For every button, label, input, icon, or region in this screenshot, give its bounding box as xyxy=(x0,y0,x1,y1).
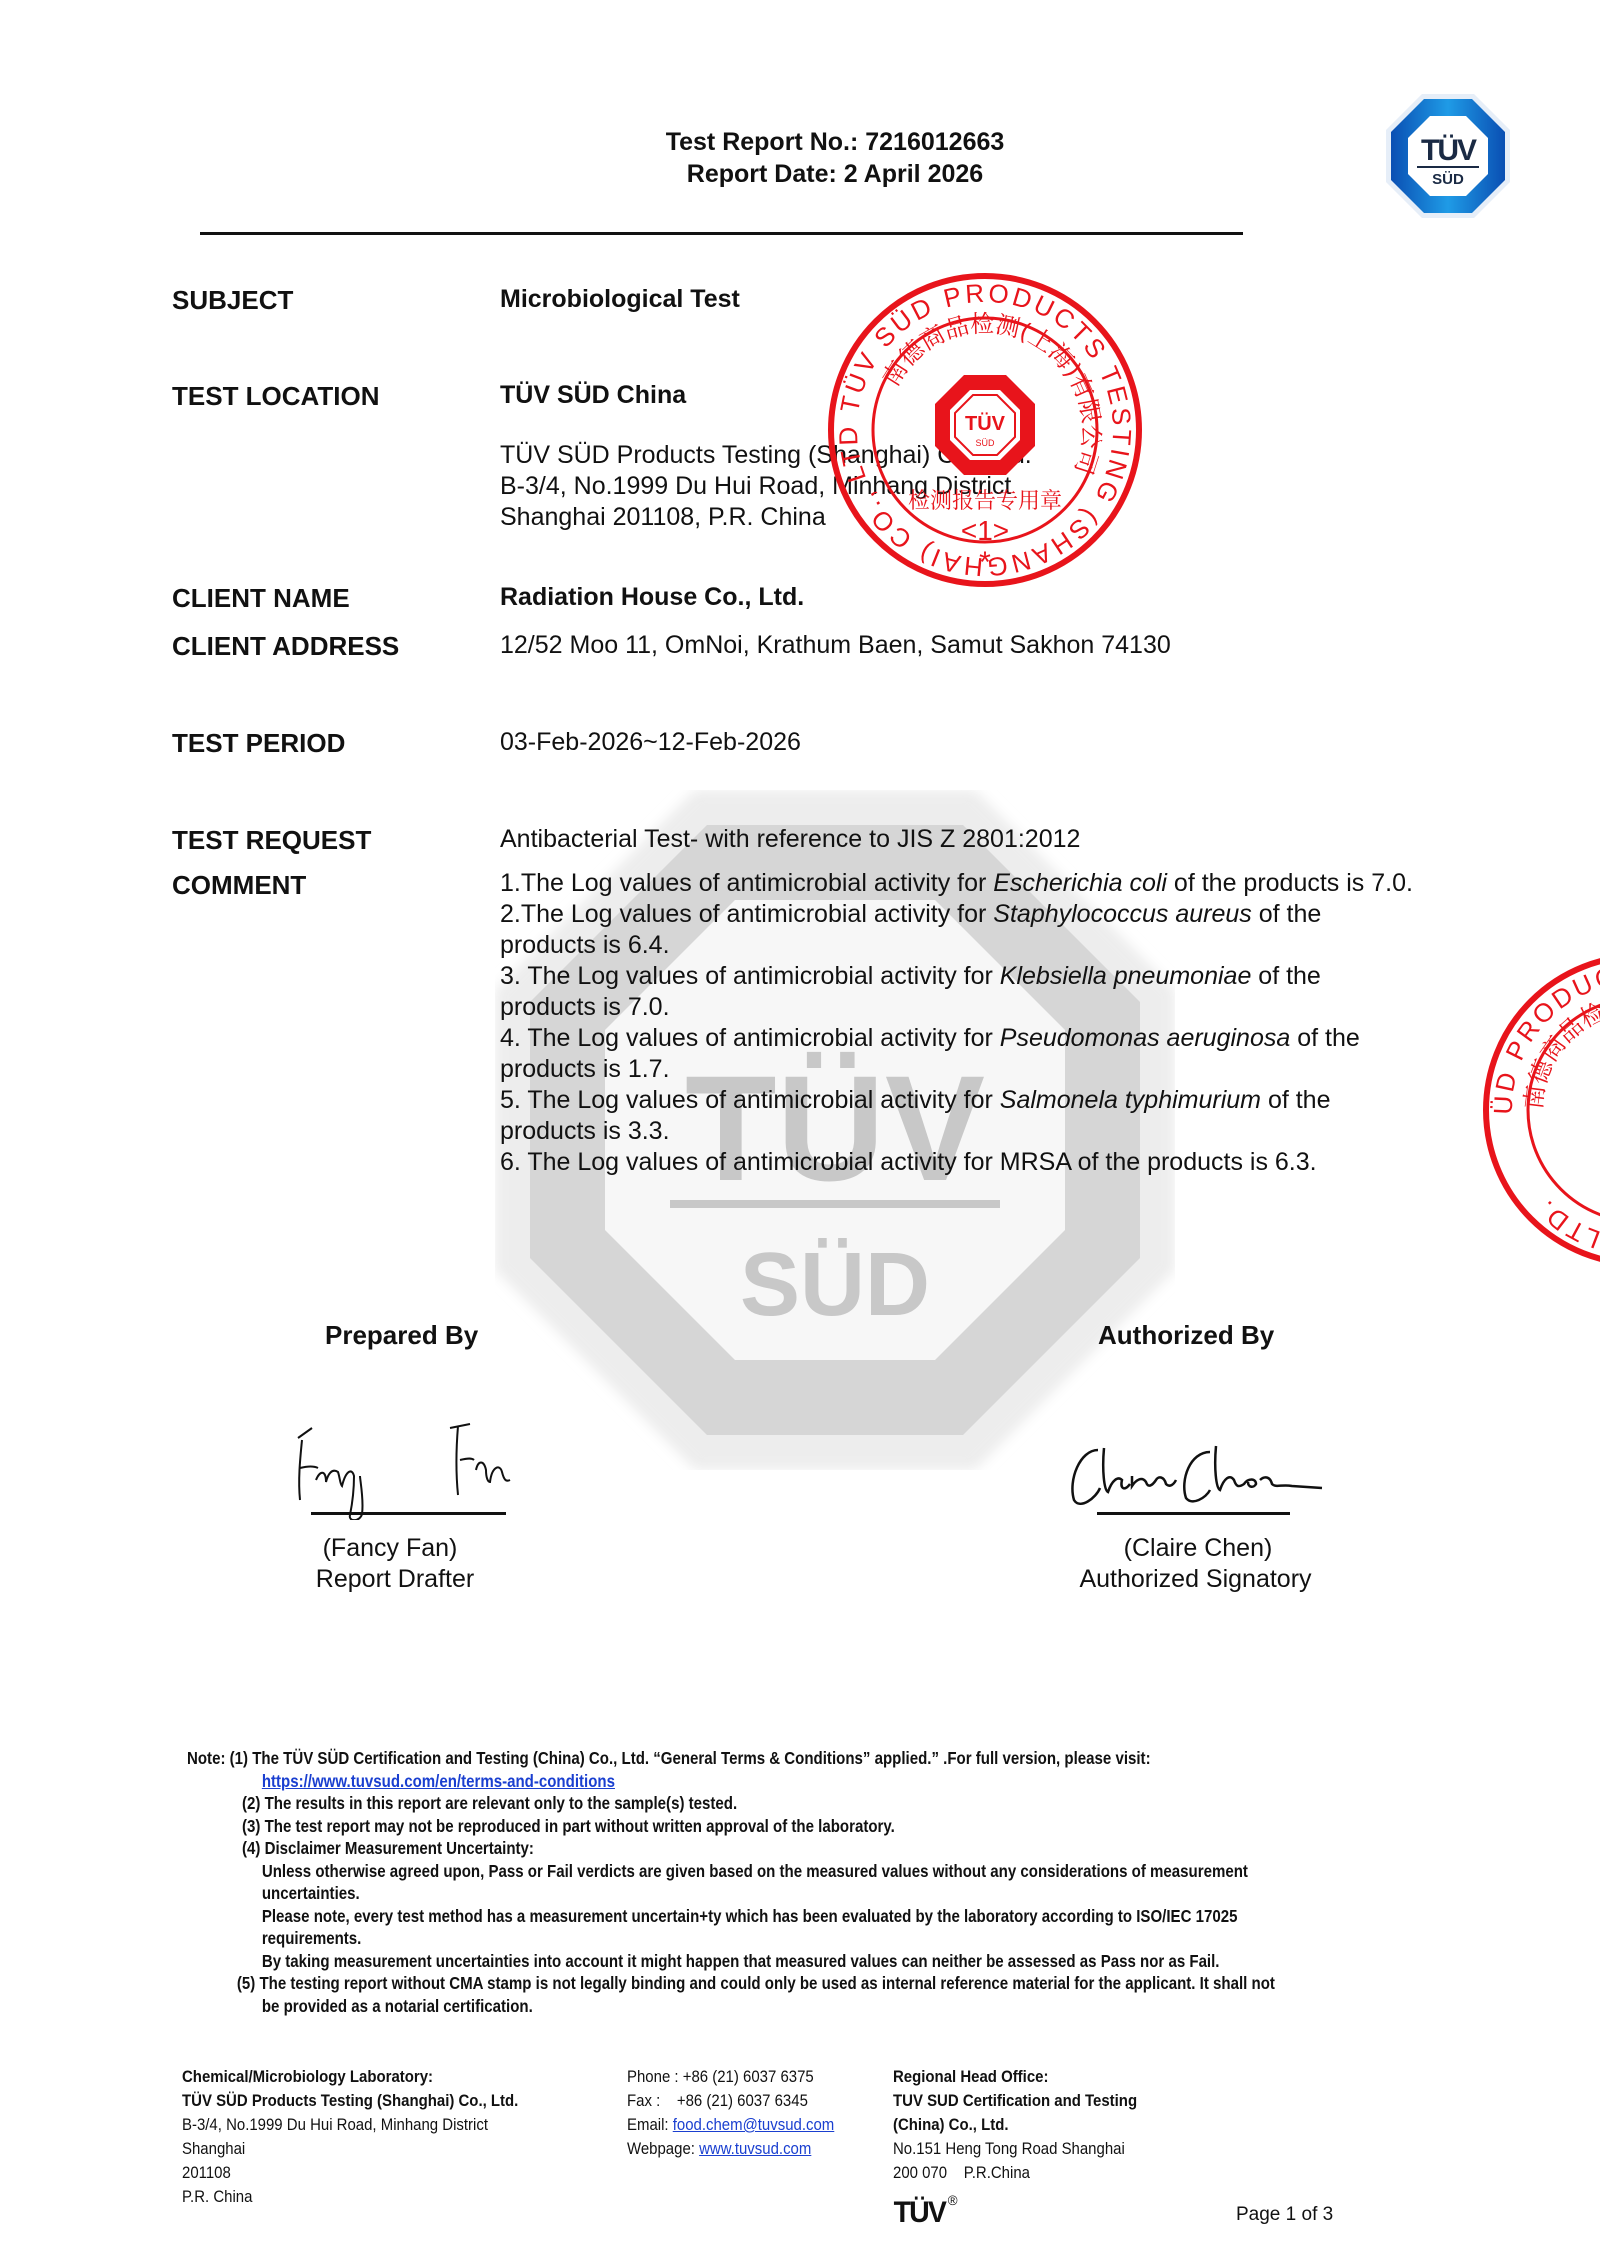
comment-line: products is 1.7. xyxy=(500,1054,1413,1085)
comment-label: COMMENT xyxy=(172,870,306,901)
fax: Fax : +86 (21) 6037 6345 xyxy=(627,2089,834,2113)
comment-line: 4. The Log values of antimicrobial activ… xyxy=(500,1023,1413,1054)
note-4-line: uncertainties. xyxy=(187,1882,1580,1905)
header-divider xyxy=(200,232,1243,235)
signature-claire-chen-icon xyxy=(1060,1440,1330,1510)
note-4-line: Unless otherwise agreed upon, Pass or Fa… xyxy=(187,1860,1580,1883)
phone: Phone : +86 (21) 6037 6375 xyxy=(627,2065,834,2089)
note-1: Note: (1) The TÜV SÜD Certification and … xyxy=(187,1747,1580,1770)
stamp-number: <1> xyxy=(961,515,1009,546)
svg-text:*: * xyxy=(979,546,991,579)
comment-line: products is 6.4. xyxy=(500,930,1413,961)
note-4-line: Please note, every test method has a mea… xyxy=(187,1905,1580,1928)
note-5: (5) The testing report without CMA stamp… xyxy=(187,1972,1580,1995)
signature-line xyxy=(1097,1512,1290,1515)
lab-company: TÜV SÜD Products Testing (Shanghai) Co.,… xyxy=(182,2091,518,2110)
webpage-link[interactable]: www.tuvsud.com xyxy=(699,2139,811,2158)
lab-address-line: P.R. China xyxy=(182,2185,518,2209)
svg-text:SÜD: SÜD xyxy=(740,1235,930,1335)
terms-link[interactable]: https://www.tuvsud.com/en/terms-and-cond… xyxy=(262,1771,615,1791)
svg-text:SÜD: SÜD xyxy=(975,438,995,448)
svg-text:SÜD: SÜD xyxy=(1432,171,1464,188)
signature-line xyxy=(311,1512,506,1515)
comment-line: 6. The Log values of antimicrobial activ… xyxy=(500,1147,1413,1178)
prepared-by-name: (Fancy Fan) xyxy=(290,1533,490,1564)
note-4-line: By taking measurement uncertainties into… xyxy=(187,1950,1580,1973)
office-company: TUV SUD Certification and Testing xyxy=(893,2091,1137,2110)
test-location-value: TÜV SÜD China xyxy=(500,381,686,410)
note-2: (2) The results in this report are relev… xyxy=(187,1792,1580,1815)
client-address-label: CLIENT ADDRESS xyxy=(172,631,399,662)
lab-address-line: Shanghai xyxy=(182,2137,518,2161)
footer-office: Regional Head Office: TUV SUD Certificat… xyxy=(893,2065,1137,2185)
prepared-by-heading: Prepared By xyxy=(325,1320,478,1351)
stamp-bottom-text: 检测报告专用章 xyxy=(908,489,1062,514)
email-link[interactable]: food.chem@tuvsud.com xyxy=(673,2115,835,2134)
test-location-label: TEST LOCATION xyxy=(172,381,380,412)
svg-text:TÜV: TÜV xyxy=(1421,134,1477,167)
lab-title: Chemical/Microbiology Laboratory: xyxy=(182,2067,433,2086)
client-name-label: CLIENT NAME xyxy=(172,583,350,614)
authorized-by-heading: Authorized By xyxy=(1098,1320,1274,1351)
report-number: Test Report No.: 7216012663 xyxy=(0,128,1600,157)
comment-line: 3. The Log values of antimicrobial activ… xyxy=(500,961,1413,992)
subject-value: Microbiological Test xyxy=(500,285,740,314)
lab-address-line: B-3/4, No.1999 Du Hui Road, Minhang Dist… xyxy=(182,2113,518,2137)
page-number: Page 1 of 3 xyxy=(1236,2204,1333,2226)
test-request-label: TEST REQUEST xyxy=(172,825,371,856)
subject-label: SUBJECT xyxy=(172,285,293,316)
office-address-line: 200 070 P.R.China xyxy=(893,2161,1137,2185)
prepared-by-role: Report Drafter xyxy=(290,1564,500,1595)
tuv-trademark: TÜV® xyxy=(894,2196,956,2230)
test-period-label: TEST PERIOD xyxy=(172,728,345,759)
office-address-line: No.151 Heng Tong Road Shanghai xyxy=(893,2137,1137,2161)
footer-contact: Phone : +86 (21) 6037 6375 Fax : +86 (21… xyxy=(627,2065,834,2161)
authorized-by-name: (Claire Chen) xyxy=(1098,1533,1298,1564)
company-seal-stamp-edge-icon: TÜV SÜD PRODUCTS TESTING (SHANGHAI) CO.,… xyxy=(1480,950,1600,1270)
comment-line: 5. The Log values of antimicrobial activ… xyxy=(500,1085,1413,1116)
note-3: (3) The test report may not be reproduce… xyxy=(187,1815,1580,1838)
note-4-line: requirements. xyxy=(187,1927,1580,1950)
signature-fancy-fan-icon xyxy=(290,1410,515,1520)
report-date: Report Date: 2 April 2026 xyxy=(0,160,1600,189)
comment-line: products is 7.0. xyxy=(500,992,1413,1023)
client-address-value: 12/52 Moo 11, OmNoi, Krathum Baen, Samut… xyxy=(500,631,1171,660)
footer-lab: Chemical/Microbiology Laboratory: TÜV SÜ… xyxy=(182,2065,518,2209)
lab-address-line: 201108 xyxy=(182,2161,518,2185)
test-request-value: Antibacterial Test- with reference to JI… xyxy=(500,825,1080,854)
test-period-value: 03-Feb-2026~12-Feb-2026 xyxy=(500,728,801,757)
comment-line: 1.The Log values of antimicrobial activi… xyxy=(500,868,1413,899)
client-name-value: Radiation House Co., Ltd. xyxy=(500,583,804,612)
company-seal-stamp-icon: TÜV SÜD PRODUCTS TESTING (SHANGHAI) CO.,… xyxy=(825,270,1145,590)
comment-line: products is 3.3. xyxy=(500,1116,1413,1147)
notes-section: Note: (1) The TÜV SÜD Certification and … xyxy=(187,1747,1580,2017)
note-5-cont: be provided as a notarial certification. xyxy=(187,1995,1580,2018)
comment-list: 1.The Log values of antimicrobial activi… xyxy=(500,868,1413,1178)
office-title: Regional Head Office: xyxy=(893,2067,1048,2086)
tuv-sud-logo-icon: TÜV SÜD xyxy=(1384,92,1512,220)
svg-text:TÜV: TÜV xyxy=(965,412,1006,435)
comment-line: 2.The Log values of antimicrobial activi… xyxy=(500,899,1413,930)
note-4: (4) Disclaimer Measurement Uncertainty: xyxy=(187,1837,1580,1860)
authorized-by-role: Authorized Signatory xyxy=(1068,1564,1323,1595)
